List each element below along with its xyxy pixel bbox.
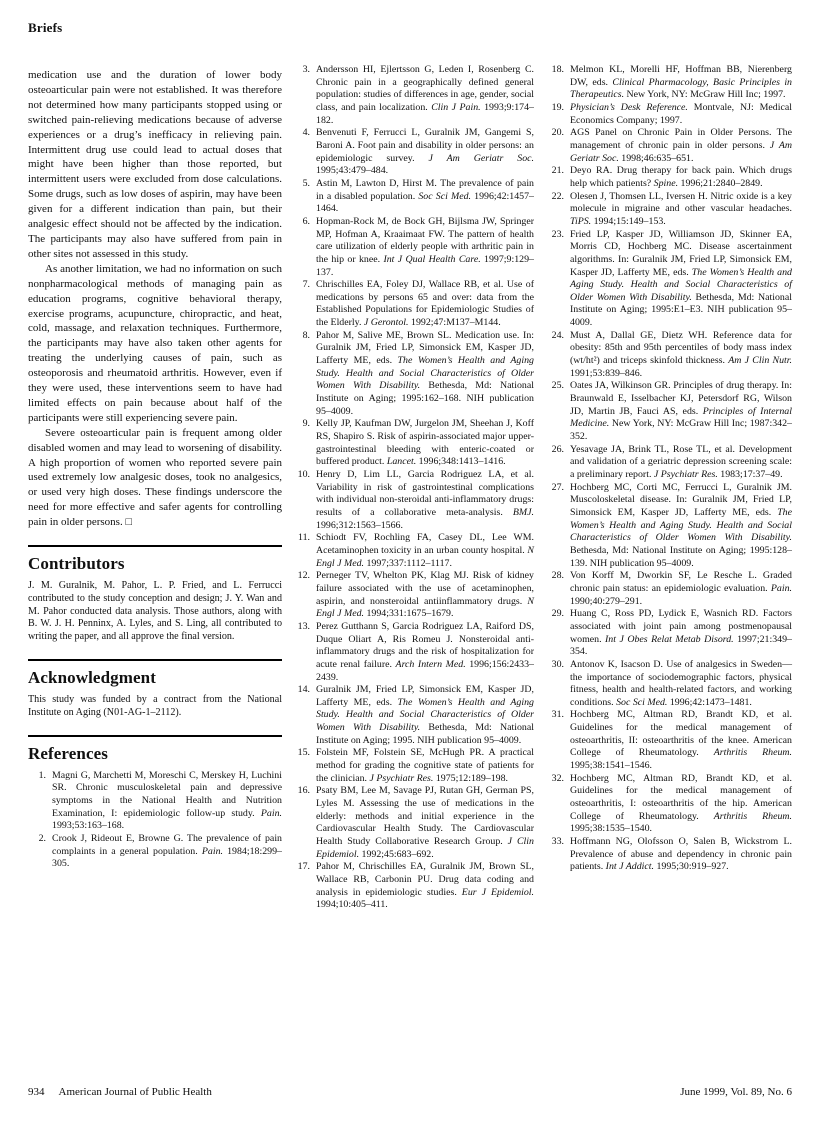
reference-text: Hochberg MC, Altman RD, Brandt KD, et al… [570, 773, 792, 836]
reference-number: 19. [546, 102, 570, 127]
reference-text: Fried LP, Kasper JD, Williamson JD, Skin… [570, 229, 792, 330]
reference-item: 22.Olesen J, Thomsen LL, Iversen H. Nitr… [546, 191, 792, 229]
reference-text: Chrischilles EA, Foley DJ, Wallace RB, e… [316, 279, 534, 330]
reference-item: 7.Chrischilles EA, Foley DJ, Wallace RB,… [292, 279, 534, 330]
journal-name: American Journal of Public Health [59, 1086, 212, 1098]
reference-number: 3. [292, 64, 316, 127]
reference-text: Psaty BM, Lee M, Savage PJ, Rutan GH, Ge… [316, 785, 534, 861]
reference-number: 31. [546, 709, 570, 772]
reference-text: Hopman-Rock M, de Bock GH, Bijlsma JW, S… [316, 216, 534, 279]
reference-item: 11.Schiodt FV, Rochling FA, Casey DL, Le… [292, 532, 534, 570]
reference-text: Olesen J, Thomsen LL, Iversen H. Nitric … [570, 191, 792, 229]
reference-item: 18.Melmon KL, Morelli HF, Hoffman BB, Ni… [546, 64, 792, 102]
acknowledgment-text: This study was funded by a contract from… [28, 694, 282, 720]
reference-item: 25.Oates JA, Wilkinson GR. Principles of… [546, 380, 792, 443]
reference-item: 14.Guralnik JM, Fried LP, Simonsick EM, … [292, 684, 534, 747]
reference-number: 25. [546, 380, 570, 443]
reference-text: Folstein MF, Folstein SE, McHugh PR. A p… [316, 747, 534, 785]
reference-text: Huang C, Ross PD, Lydick E, Wasnich RD. … [570, 608, 792, 659]
reference-item: 27.Hochberg MC, Corti MC, Ferrucci L, Gu… [546, 482, 792, 571]
reference-text: Oates JA, Wilkinson GR. Principles of dr… [570, 380, 792, 443]
reference-text: Hochberg MC, Corti MC, Ferrucci L, Gural… [570, 482, 792, 571]
footer-left: 934American Journal of Public Health [28, 1086, 212, 1098]
footer-issue: June 1999, Vol. 89, No. 6 [680, 1086, 792, 1098]
references-list-col3: 18.Melmon KL, Morelli HF, Hoffman BB, Ni… [546, 64, 792, 874]
reference-number: 11. [292, 532, 316, 570]
acknowledgment-heading: Acknowledgment [28, 668, 282, 688]
reference-item: 31.Hochberg MC, Altman RD, Brandt KD, et… [546, 709, 792, 772]
reference-text: Henry D, Lim LL, Garcia Rodriguez LA, et… [316, 469, 534, 532]
reference-number: 1. [28, 770, 52, 833]
reference-number: 20. [546, 127, 570, 165]
reference-item: 12.Perneger TV, Whelton PK, Klag MJ. Ris… [292, 570, 534, 621]
reference-item: 10.Henry D, Lim LL, Garcia Rodriguez LA,… [292, 469, 534, 532]
reference-item: 5.Astin M, Lawton D, Hirst M. The preval… [292, 178, 534, 216]
reference-text: Pahor M, Chrischilles EA, Guralnik JM, B… [316, 861, 534, 912]
body-paragraph: As another limitation, we had no informa… [28, 262, 282, 426]
reference-item: 17.Pahor M, Chrischilles EA, Guralnik JM… [292, 861, 534, 912]
contributors-heading: Contributors [28, 554, 282, 574]
reference-text: Perneger TV, Whelton PK, Klag MJ. Risk o… [316, 570, 534, 621]
reference-text: Von Korff M, Dworkin SF, Le Resche L. Gr… [570, 570, 792, 608]
reference-number: 21. [546, 165, 570, 190]
contributors-text: J. M. Guralnik, M. Pahor, L. P. Fried, a… [28, 580, 282, 644]
reference-item: 32.Hochberg MC, Altman RD, Brandt KD, et… [546, 773, 792, 836]
reference-text: Melmon KL, Morelli HF, Hoffman BB, Niere… [570, 64, 792, 102]
references-section: References 1.Magni G, Marchetti M, Mores… [28, 735, 282, 871]
column-2: 3.Andersson HI, Ejlertsson G, Leden I, R… [292, 62, 534, 912]
reference-item: 13.Perez Gutthann S, Garcia Rodriguez LA… [292, 621, 534, 684]
reference-item: 24.Must A, Dallal GE, Dietz WH. Referenc… [546, 330, 792, 381]
reference-number: 9. [292, 418, 316, 469]
reference-text: Guralnik JM, Fried LP, Simonsick EM, Kas… [316, 684, 534, 747]
reference-number: 32. [546, 773, 570, 836]
reference-text: Deyo RA. Drug therapy for back pain. Whi… [570, 165, 792, 190]
references-list-col2: 3.Andersson HI, Ejlertsson G, Leden I, R… [292, 64, 534, 912]
reference-number: 23. [546, 229, 570, 330]
reference-text: Hochberg MC, Altman RD, Brandt KD, et al… [570, 709, 792, 772]
reference-text: Benvenuti F, Ferrucci L, Guralnik JM, Ga… [316, 127, 534, 178]
reference-text: Yesavage JA, Brink TL, Rose TL, et al. D… [570, 444, 792, 482]
reference-item: 1.Magni G, Marchetti M, Moreschi C, Mers… [28, 770, 282, 833]
reference-item: 3.Andersson HI, Ejlertsson G, Leden I, R… [292, 64, 534, 127]
reference-text: Schiodt FV, Rochling FA, Casey DL, Lee W… [316, 532, 534, 570]
reference-text: Andersson HI, Ejlertsson G, Leden I, Ros… [316, 64, 534, 127]
reference-text: Hoffmann NG, Olofsson O, Salen B, Wickst… [570, 836, 792, 874]
reference-item: 28.Von Korff M, Dworkin SF, Le Resche L.… [546, 570, 792, 608]
reference-item: 8.Pahor M, Salive ME, Brown SL. Medicati… [292, 330, 534, 419]
reference-item: 30.Antonov K, Isacson D. Use of analgesi… [546, 659, 792, 710]
reference-text: Must A, Dallal GE, Dietz WH. Reference d… [570, 330, 792, 381]
acknowledgment-section: Acknowledgment This study was funded by … [28, 659, 282, 720]
reference-number: 24. [546, 330, 570, 381]
reference-number: 7. [292, 279, 316, 330]
reference-number: 6. [292, 216, 316, 279]
running-head: Briefs [28, 20, 62, 36]
reference-item: 19.Physician’s Desk Reference. Montvale,… [546, 102, 792, 127]
reference-number: 17. [292, 861, 316, 912]
reference-text: Crook J, Rideout E, Browne G. The preval… [52, 833, 282, 871]
reference-item: 21.Deyo RA. Drug therapy for back pain. … [546, 165, 792, 190]
reference-item: 29.Huang C, Ross PD, Lydick E, Wasnich R… [546, 608, 792, 659]
column-1: medication use and the duration of lower… [28, 68, 282, 871]
reference-item: 26.Yesavage JA, Brink TL, Rose TL, et al… [546, 444, 792, 482]
reference-number: 13. [292, 621, 316, 684]
reference-number: 22. [546, 191, 570, 229]
reference-number: 14. [292, 684, 316, 747]
reference-number: 2. [28, 833, 52, 871]
reference-number: 10. [292, 469, 316, 532]
reference-number: 33. [546, 836, 570, 874]
reference-number: 30. [546, 659, 570, 710]
reference-text: Astin M, Lawton D, Hirst M. The prevalen… [316, 178, 534, 216]
reference-number: 18. [546, 64, 570, 102]
reference-text: Perez Gutthann S, Garcia Rodriguez LA, R… [316, 621, 534, 684]
references-list-col1: 1.Magni G, Marchetti M, Moreschi C, Mers… [28, 770, 282, 871]
reference-item: 16.Psaty BM, Lee M, Savage PJ, Rutan GH,… [292, 785, 534, 861]
reference-text: Kelly JP, Kaufman DW, Jurgelon JM, Sheeh… [316, 418, 534, 469]
body-paragraph: Severe osteoarticular pain is frequent a… [28, 426, 282, 530]
reference-number: 8. [292, 330, 316, 419]
reference-number: 15. [292, 747, 316, 785]
reference-item: 2.Crook J, Rideout E, Browne G. The prev… [28, 833, 282, 871]
reference-number: 16. [292, 785, 316, 861]
reference-item: 15.Folstein MF, Folstein SE, McHugh PR. … [292, 747, 534, 785]
reference-number: 27. [546, 482, 570, 571]
reference-number: 29. [546, 608, 570, 659]
page-number: 934 [28, 1086, 45, 1098]
reference-text: Physician’s Desk Reference. Montvale, NJ… [570, 102, 792, 127]
reference-text: Magni G, Marchetti M, Moreschi C, Merske… [52, 770, 282, 833]
column-3: 18.Melmon KL, Morelli HF, Hoffman BB, Ni… [546, 62, 792, 874]
journal-page: Briefs medication use and the duration o… [0, 0, 816, 1124]
references-heading: References [28, 744, 282, 764]
reference-text: Antonov K, Isacson D. Use of analgesics … [570, 659, 792, 710]
reference-number: 26. [546, 444, 570, 482]
reference-item: 6.Hopman-Rock M, de Bock GH, Bijlsma JW,… [292, 216, 534, 279]
reference-number: 4. [292, 127, 316, 178]
reference-number: 12. [292, 570, 316, 621]
reference-text: AGS Panel on Chronic Pain in Older Perso… [570, 127, 792, 165]
reference-item: 33.Hoffmann NG, Olofsson O, Salen B, Wic… [546, 836, 792, 874]
reference-item: 20.AGS Panel on Chronic Pain in Older Pe… [546, 127, 792, 165]
reference-number: 28. [546, 570, 570, 608]
reference-text: Pahor M, Salive ME, Brown SL. Medication… [316, 330, 534, 419]
reference-number: 5. [292, 178, 316, 216]
contributors-section: Contributors J. M. Guralnik, M. Pahor, L… [28, 545, 282, 644]
reference-item: 9.Kelly JP, Kaufman DW, Jurgelon JM, She… [292, 418, 534, 469]
reference-item: 4.Benvenuti F, Ferrucci L, Guralnik JM, … [292, 127, 534, 178]
reference-item: 23.Fried LP, Kasper JD, Williamson JD, S… [546, 229, 792, 330]
body-paragraph: medication use and the duration of lower… [28, 68, 282, 262]
